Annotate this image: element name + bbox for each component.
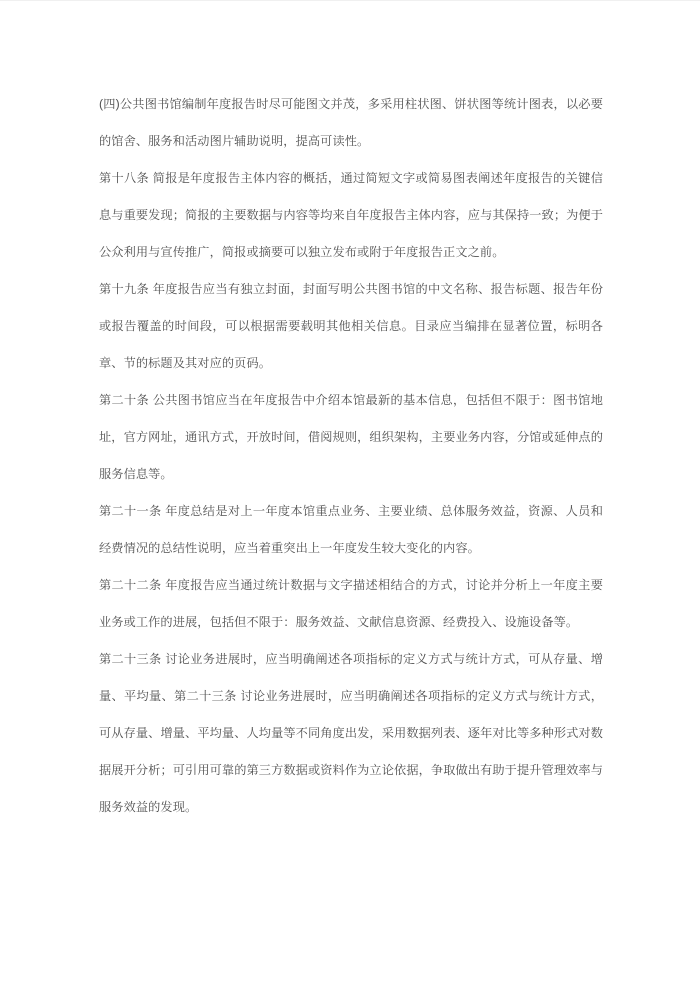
paragraph-article-19: 第十九条 年度报告应当有独立封面，封面写明公共图书馆的中文名称、报告标题、报告年… [99, 271, 603, 382]
document-body: (四)公共图书馆编制年度报告时尽可能图文并茂，多采用柱状图、饼状图等统计图表，以… [99, 86, 603, 826]
paragraph-item-4: (四)公共图书馆编制年度报告时尽可能图文并茂，多采用柱状图、饼状图等统计图表，以… [99, 86, 603, 160]
paragraph-article-20: 第二十条 公共图书馆应当在年度报告中介绍本馆最新的基本信息，包括但不限于：图书馆… [99, 382, 603, 493]
document-page: (四)公共图书馆编制年度报告时尽可能图文并茂，多采用柱状图、饼状图等统计图表，以… [0, 0, 700, 990]
paragraph-article-22: 第二十二条 年度报告应当通过统计数据与文字描述相结合的方式，讨论并分析上一年度主… [99, 567, 603, 641]
paragraph-article-23: 第二十三条 讨论业务进展时，应当明确阐述各项指标的定义方式与统计方式，可从存量、… [99, 641, 603, 826]
paragraph-article-18: 第十八条 简报是年度报告主体内容的概括，通过简短文字或简易图表阐述年度报告的关键… [99, 160, 603, 271]
paragraph-article-21: 第二十一条 年度总结是对上一年度本馆重点业务、主要业绩、总体服务效益，资源、人员… [99, 493, 603, 567]
